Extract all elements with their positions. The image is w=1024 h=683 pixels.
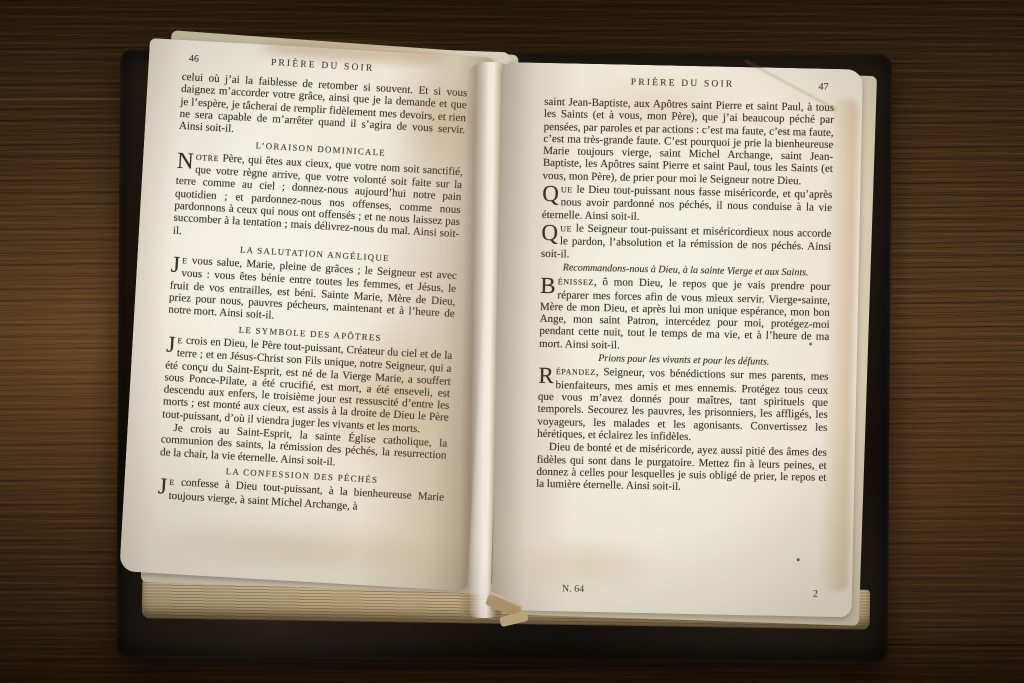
heading-salutation-angelique: LA SALUTATION ANGÉLIQUE [172,239,458,268]
prayer-paragraph: Dieu de bonté et de miséricorde, ayez au… [536,441,827,496]
prayer-paragraph: QUE le Dieu tout-puissant nous fasse mis… [542,183,833,227]
heading-symbole-des-apotres: LE SYMBOLE DES APÔTRES [167,319,453,348]
prayer-paragraph: RÉPANDEZ, Seigneur, vos bénédictions sur… [537,365,829,446]
drop-cap: N [176,150,196,171]
left-page: 46 PRIÈRE DU SOIR celui où j’ai la faibl… [119,38,497,591]
stain [303,310,464,486]
prayer-paragraph: saint Jean-Baptiste, aux Apôtres saint P… [542,96,834,188]
left-running-header: PRIÈRE DU SOIR [271,58,375,74]
right-page-header: PRIÈRE DU SOIR 47 [502,75,862,96]
prayer-paragraph: BÉNISSEZ, ô mon Dieu, le repos que je va… [539,275,831,356]
prayer-paragraph: NOTRE Père, qui êtes aux cieux, que votr… [173,150,464,253]
right-running-header: PRIÈRE DU SOIR [631,78,735,90]
right-page: PRIÈRE DU SOIR 47 saint Jean-Baptiste, a… [492,62,863,617]
drop-cap: Q [541,222,560,242]
right-page-footer: N. 64 2 [534,583,824,589]
left-page-header: 46 PRIÈRE DU SOIR [149,51,497,84]
prayer-paragraph: JE vous salue, Marie, pleine de grâces ;… [168,254,457,333]
right-text-column: saint Jean-Baptiste, aux Apôtres saint P… [536,96,834,496]
drop-cap: J [166,333,178,354]
photo-scene: 46 PRIÈRE DU SOIR celui où j’ai la faibl… [0,0,1024,683]
right-page-number: 47 [818,82,828,93]
stain [144,511,447,584]
series-number: N. 64 [562,583,584,594]
left-page-number: 46 [189,53,200,65]
drop-cap: R [538,365,556,385]
drop-cap: J [170,254,182,275]
prayer-paragraph: Je crois au Saint-Esprit, la sainte Égli… [160,421,448,474]
prayer-paragraph: QUE le Seigneur tout-puissant et miséric… [541,222,832,266]
drop-cap: Q [542,183,561,203]
left-text-column: celui où j’ai la faiblesse de retomber s… [157,71,467,518]
signature-mark: 2 [813,589,818,600]
prayer-paragraph: celui où j’ai la faiblesse de retomber s… [179,71,468,149]
prayer-paragraph: JE crois en Dieu, le Père tout-puissant,… [162,333,453,436]
heading-confession-des-peches: LA CONFESSION DES PÉCHÉS [159,461,445,490]
heading-oraison-dominicale: L’ORAISON DOMINICALE [178,135,464,164]
drop-cap: B [540,275,558,295]
drop-cap: J [158,475,170,496]
prayer-paragraph: JE confesse à Dieu tout-puissant, à la b… [157,475,444,517]
